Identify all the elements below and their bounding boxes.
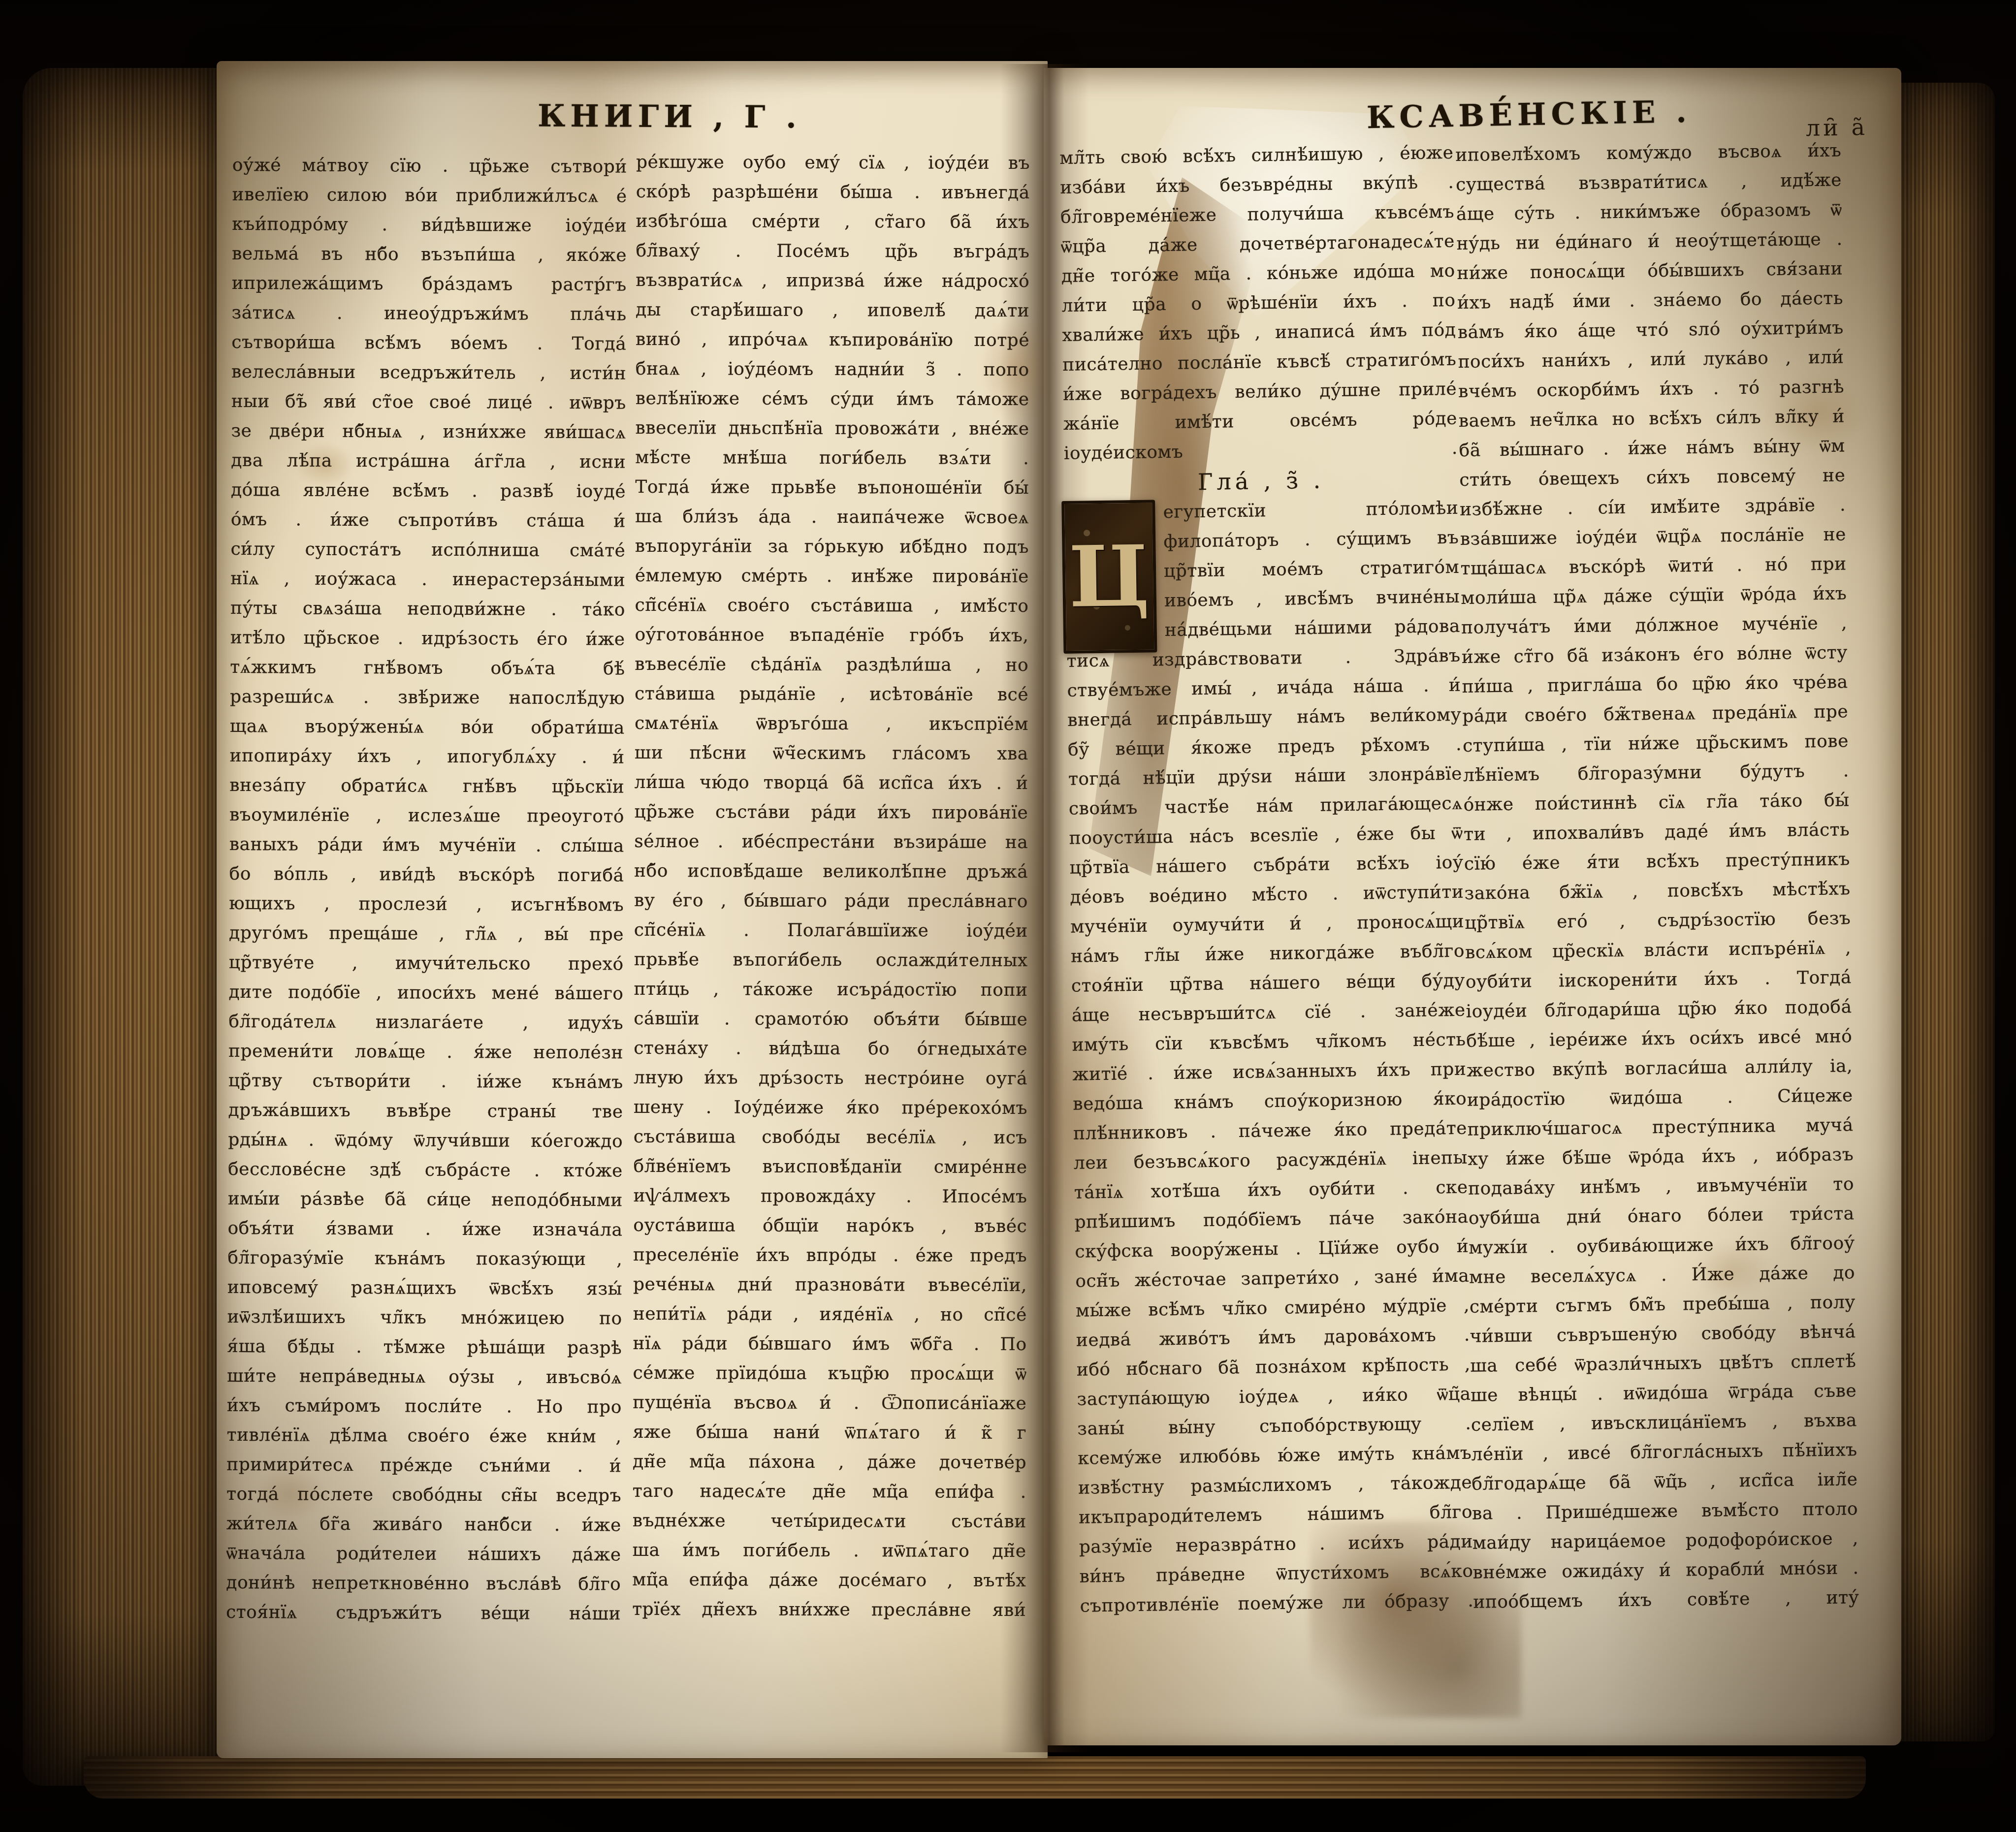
text-line: ѕе́лное . ибе́спреста́ни възира́ше на — [634, 827, 1028, 857]
text-line: іоуде́и бл̃годари́ша цр̃ю я́ко подоба́ — [1466, 992, 1852, 1027]
text-line: бесслове́сне здѣ́ събра́сте . кто́же — [228, 1155, 623, 1186]
text-line: ѿцр̃а да́же дочетве́ртагонадесѧ́те — [1061, 227, 1455, 262]
text-line: избѣ́жне . сі́и имѣ́ите здра́вїе . — [1460, 490, 1846, 525]
text-line: пу́ты свѧза́ша неподви́жне . та́ко — [230, 594, 625, 625]
text-line: ввеселїи дньспѣ́нїа провожа́ти , вне́же — [635, 413, 1029, 444]
chapter-heading: Гла́ , з̃ . — [1064, 463, 1458, 499]
text-line: свои́мъ частѣ́е на́м прилага́ющесѧ — [1068, 789, 1463, 824]
text-line: внеза́пу обрати́сѧ гнѣ́въ цр̃ьскїи — [229, 771, 624, 802]
text-line: цр̃твїѧ его́ , съдръ́зостїю безъ — [1465, 904, 1851, 938]
text-line: бу̃ ве́щи я́коже предъ рѣ́хомъ . — [1068, 730, 1462, 765]
text-line: ваныхъ ра́ди и́мъ муче́нїи . слы́ша — [229, 830, 624, 861]
text-line: ступи́ша , тїи ни́же цр̃ьскимъ пове — [1463, 726, 1849, 761]
text-line: о́мъ . и́же съпроти́въ ста́ша и́ — [231, 505, 626, 536]
text-line: чи́вши съвръшену́ю свобо́ду вѣнча́ — [1470, 1317, 1856, 1352]
text-line: вино́ , ипро́чаѧ къпирова́нїю потре́ — [636, 325, 1029, 355]
text-line: тогда́ нѣ́цїи дру́ѕи на́ши злонра́вїе — [1068, 759, 1463, 794]
text-line: ли́ша чю́до творца́ ба̃ исп̃са и́хъ . и́ — [635, 768, 1028, 798]
text-line: е́млемую сме́рть . инѣ́же пирова́нїе — [635, 561, 1029, 592]
book-fore-edge-right — [1898, 83, 1995, 1741]
text-line: ствуе́мъже имы́ , ича́да на́ша . и́ — [1067, 671, 1461, 706]
text-line: пуще́нїа въсвоѧ и́ . Ѿпописа́нїаже — [633, 1388, 1026, 1419]
text-line: Тогда́ и́же прьвѣ́е въпоноше́нїи бы́ — [635, 473, 1029, 503]
text-line: мц̃а епи́фа да́же досе́маго , вътѣ́х — [632, 1565, 1026, 1596]
text-column-left-2: ре́кшуже оубо ему́ сїѧ , іоу́де́и въско́… — [632, 148, 1030, 1625]
text-line: цр̃твїа на́шего събра́ти всѣ́хъ іоу́ — [1069, 848, 1464, 883]
text-line: хвали́же и́хъ цр̃ь , инаписа́ и́мъ по́д — [1062, 316, 1456, 350]
text-line: ши́те непра́ведныѧ оу́зы , ивъсво́ѧ — [227, 1361, 622, 1392]
text-line: рече́ныѧ дни́ празнова́ти въвесе́лїи, — [633, 1270, 1027, 1300]
text-line: бѣ́ше , іере́иже и́хъ оси́хъ ивсе́ мно́ — [1466, 1022, 1853, 1056]
text-line: мужі́и . оубива́ющиже и́хъ бл̃гооу́ — [1469, 1229, 1855, 1263]
text-line: преселе́нїе и́хъ впро́ды . е́же предъ — [633, 1240, 1027, 1271]
text-line: поси́хъ нани́хъ , или́ лука́во , или́ — [1458, 343, 1844, 377]
text-line: сп̃се́нїѧ свое́го съста́виша , имѣ́сто — [635, 591, 1028, 621]
text-line: іоуде́искомъ . — [1063, 434, 1458, 469]
text-line: ли́ти цр̃а о ѿрѣше́нїи и́хъ . по — [1061, 286, 1456, 321]
text-line: зе две́ри нб̃ныѧ , изни́хже яви́шасѧ — [231, 416, 626, 447]
text-line: селїем , ивъсклица́нїемъ , въхва — [1471, 1406, 1857, 1440]
text-line: плѣ́нниковъ . па́чеже я́ко преда́те — [1073, 1114, 1468, 1149]
text-line: ѿнача́ла роди́телеи на́шихъ да́же — [226, 1539, 621, 1570]
text-line: рды́нѧ . ѿдо́му ѿлучи́вши ко́егождо — [228, 1125, 623, 1156]
text-line: сти́ть о́вещехъ си́хъ повсему́ не — [1459, 461, 1846, 495]
text-line: ску́фска воору́жены . Цїи́же оубо и́ — [1075, 1232, 1469, 1267]
chapter-opening: Ц егупетскїи пто́ломѣифилопа́торъ . су́щ… — [1064, 494, 1460, 647]
text-line: се́мже прїидо́ша къцр̃ю просѧ́щи ѿ — [633, 1358, 1026, 1389]
text-line: иво́емъ , ивсѣ́мъ вчине́ны — [1164, 582, 1460, 616]
text-line: итѣ́ло цр̃ьское . идръ́зость е́го и́же — [230, 623, 625, 654]
text-line: писа́телно посла́нїе къвсѣ́ стратиго́мъ — [1062, 345, 1457, 380]
text-line: на́мъ гл̃ы и́же никогда́же въбл̃го — [1071, 937, 1465, 972]
text-line: заступа́ющую іоу́деѧ , ия́ко ѿц̃а — [1077, 1380, 1471, 1415]
book-page-stack-bottom — [84, 1756, 1866, 1799]
text-line: за́тисѧ . инеоу́дръжи́мъ пла́чь — [231, 298, 626, 329]
text-line: ре́кшуже оубо ему́ сїѧ , іоу́де́и въ — [636, 148, 1030, 178]
text-line: де́овъ вое́дино мѣ́сто . иѿступи́ти — [1070, 878, 1464, 913]
text-line: цр̃ьже съста́ви ра́ди и́хъ пирова́нїе — [634, 797, 1028, 828]
text-line: ведо́ша кна́мъ споу́коризною я́ко — [1073, 1084, 1467, 1119]
text-line: ипоо́бщемъ и́хъ совѣ́те , иту́ — [1473, 1583, 1859, 1617]
text-line: въвесе́лїе сѣда́нїѧ раздѣли́ша , но — [635, 650, 1028, 680]
text-line: жа́нїе имѣ́ти овсе́мъ ро́де — [1063, 404, 1458, 439]
text-line: иѿзлѣ́ишихъ чл̃къ мно́жицею по — [227, 1302, 622, 1333]
text-line: ныи бъ̃ яви́ ст̃ое свое́ лице́ . иѿвръ — [231, 387, 626, 418]
text-line: ле́нїи , ивсе́ бл̃гогла́сныхъ пѣ́нїихъ — [1471, 1435, 1857, 1470]
text-line: премени́ти ловѧ́ще . я́же неполе́зн — [228, 1037, 623, 1068]
text-line: лѣ́нїемъ бл̃горазу́мни бу́дутъ . — [1463, 756, 1849, 790]
text-line: си́лу супоста́тъ испо́лниша сма́те́ — [230, 535, 625, 566]
text-line: ша бли́зъ а́да . наипа́чеже ѿсвоеѧ — [635, 502, 1029, 533]
text-line: лную и́хъ дръ́зость нестро́ине оуга́ — [634, 1063, 1027, 1094]
text-line: леи безъвсѧ́кого расужде́нїѧ інепы — [1074, 1143, 1468, 1178]
text-line: объя́ти я́звами . и́же изнача́ла — [227, 1214, 622, 1245]
text-line: и́хъ надѣ́ и́ми . зна́емо бо да́есть — [1457, 284, 1844, 318]
text-line: на́две́щьми на́шими ра́дова — [1164, 612, 1460, 645]
text-line: бнаѧ , іоу́де́омъ надни́и з̃ . попо — [636, 354, 1029, 385]
text-line: ни́же поносѧ́щи о́бы́вшихъ свя́зани — [1457, 254, 1843, 288]
text-line: сїю́ е́же я́ти всѣ́хъ престу́пникъ — [1464, 845, 1851, 879]
column-body-text: тисѧ издра́вствовати . Здра́въствуе́мъже… — [1066, 641, 1474, 1621]
text-line: внегда́ испра́вльшу на́мъ вели́кому — [1067, 700, 1462, 735]
text-line: ва́мъ я́ко а́ще что́ ѕло́ оу́хитри́мъ — [1457, 313, 1844, 347]
text-line: осн̃ъ же́сточае запрети́хо , зане́ и́ма — [1075, 1262, 1470, 1296]
text-line: вельма́ въ нб̃о възъпи́ша , яко́же — [232, 239, 627, 270]
text-line: заны́ вы́ну съпобо́рствующу . — [1077, 1409, 1472, 1444]
text-line: дн̃е того́же мц̃а . ко́ньже идо́ша мо — [1061, 256, 1455, 291]
text-line: сме́рти съгмъ бм̃ъ пребы́ша , полу — [1470, 1288, 1856, 1322]
text-line: ира́достїю ѿидо́ша . Си́цеже — [1467, 1081, 1853, 1115]
text-line: оу́же́ ма́твоу сїю . цр̃ьже сътвори́ — [232, 151, 627, 182]
text-line: два лѣ́па истра́шна а́гг̃ла , исни — [231, 446, 626, 477]
text-line: иприлежа́щимъ бра́здамъ растр́гъ — [232, 269, 627, 300]
text-line: а́ще несъвръши́тсѧ сїе́ . зане́же — [1071, 996, 1466, 1031]
text-line: иму́ть сїи къвсѣ́мъ чл̃комъ не́сть — [1072, 1025, 1466, 1060]
book-photograph: { "colors":{"background":"#0d0703","pape… — [0, 0, 2016, 1832]
text-line: разу́мїе неразвра́тно . иси́хъ ра́ди — [1079, 1527, 1473, 1562]
text-line: бл̃горазу́мїе къна́мъ показу́ющи , — [227, 1243, 622, 1274]
drop-cap-letter: Ц — [1068, 535, 1151, 619]
text-line: цр̃тву сътвори́ти . іи́же къна́мъ — [228, 1066, 623, 1097]
text-line: трїе́х дн̃ехъ вни́хже пресла́вне яви́ — [632, 1595, 1026, 1625]
text-line: избѣго́ша сме́рти , ст̃аго ба̃ и́хъ — [636, 207, 1030, 237]
ornate-initial-woodcut: Ц — [1061, 500, 1157, 654]
text-line: дръжа́вшихъ въвѣ́ре страны́ тве — [228, 1096, 623, 1127]
text-line: всѧ́ком цр̃ескїѧ вла́сти испъре́нїѧ , — [1465, 933, 1852, 968]
text-line: изба́ви и́хъ безъвре́дны вку́пѣ . — [1060, 168, 1454, 203]
text-column-right-1: мл̃ть свою́ всѣ́хъ силнѣ́ишую , е́южеизб… — [1059, 138, 1474, 1621]
text-line: муче́нїи оумучи́ти и́ , проносѧ́щи — [1070, 907, 1465, 942]
text-line: ши пѣ́сни ѿч̃ескимъ гла́сомъ хва — [635, 738, 1028, 769]
text-line: тща́шасѧ въско́рѣ ѿити́ . но́ при — [1460, 549, 1847, 584]
text-line: оуста́виша о́бщїи наро́къ , въве́с — [633, 1211, 1027, 1241]
text-line: велѣ́нїюже се́мъ су́ди и́мъ та́може — [636, 384, 1029, 414]
text-line: мне веселѧ́хусѧ . И́же да́же до — [1469, 1258, 1856, 1293]
text-line: жи́телѧ бг̃а жива́го нанб̃си . и́же — [226, 1509, 621, 1540]
text-line: въоумиле́нїе , ислезѧ́ше преоугото́ — [229, 800, 624, 831]
text-line: цр̃твїи мое́мъ стратиго́м — [1164, 553, 1460, 586]
text-line: ви́нъ пра́ведне ѿпусти́хомъ всѧ́ко — [1079, 1557, 1473, 1592]
text-line: зако́на бж̃їѧ , повсѣ́хъ мѣстѣ́хъ — [1464, 874, 1851, 909]
text-line: прьвѣ́е въпоги́бель ослажди́телных — [634, 945, 1028, 976]
text-line: пооусти́ша на́съ всеѕлїе , е́же бы ѿ — [1069, 819, 1463, 853]
text-line: ше вѣнцы́ . иѿидо́ша ѿгра́да съве — [1471, 1376, 1857, 1411]
text-line: смѧте́нїѧ ѿвръго́ша , икъспрїе́м — [635, 709, 1028, 739]
text-line: существа́ възврати́тисѧ , идѣ́же — [1456, 165, 1842, 200]
text-line: и́же ст̃го ба̃ иза́конъ е́го во́лне ѿсту — [1461, 638, 1848, 672]
text-line: оуби́ша дни́ о́наго бо́леи три́ста — [1468, 1199, 1855, 1233]
text-line: дите подо́бїе , ипоси́хъ мене́ ва́шего — [228, 978, 623, 1009]
text-line: ды старѣ́ишаго , иповелѣ́ даѧ́ти — [636, 295, 1029, 326]
text-line: иповелѣ́хомъ кому́ждо въсвоѧ и́хъ — [1455, 136, 1842, 170]
text-line: рпѣ́ишимъ подо́бїемъ па́че зако́на — [1074, 1202, 1469, 1237]
text-line: вне́мже ожида́ху и́ корабли́ мно́ѕи . — [1472, 1553, 1859, 1588]
text-line: а́ще су́ть . ники́мъже о́бразомъ ѿ — [1456, 195, 1842, 229]
text-line: ра́ди свое́го бж̃твенаѧ преда́нїѧ пре — [1462, 697, 1849, 731]
text-line: ти , ипохвали́въ даде́ и́мъ вла́сть — [1464, 815, 1850, 850]
text-line: цр̃твуе́те , имучи́тельско прехо́ — [229, 948, 624, 979]
text-line: въпоруга́нїи за го́рькую ибѣ́дно подъ — [635, 532, 1029, 562]
text-line: ну́дь ни е́ди́наго и́ неоу́тщета́юще . — [1456, 224, 1843, 259]
text-line: въдне́хже четы́ридесѧти съста́ви — [633, 1506, 1026, 1537]
text-line: таго надесѧ́те дн̃е мц̃а епи́фа . — [633, 1477, 1026, 1507]
text-column-left-1: оу́же́ ма́твоу сїю . цр̃ьже сътвори́ивел… — [226, 151, 627, 1629]
text-line: сътвори́ша всѣ́мъ во́емъ . Тогда́ — [231, 328, 626, 359]
text-column-right-2: иповелѣ́хомъ кому́ждо въсвоѧ и́хъсуществ… — [1455, 136, 1859, 1617]
running-head-left: КНИГИ , Г . — [538, 98, 801, 135]
text-line: оу́готова́нное въпаде́нїе гро́бъ и́хъ, — [635, 620, 1028, 651]
text-line: бл̃ве́нїемъ въисповѣ́данїи смире́нне — [634, 1152, 1027, 1182]
text-line: бо во́пль , иви́дѣ въско́рѣ погиба́ — [229, 859, 624, 890]
text-line: съста́виша свобо́ды весе́лїѧ , исъ — [634, 1122, 1027, 1153]
text-line: приключ́шагосѧ престу́пника муча́ — [1467, 1110, 1854, 1145]
column-top-text: мл̃ть свою́ всѣ́хъ силнѣ́ишую , е́южеизб… — [1059, 138, 1458, 469]
text-line: разреши́сѧ . звѣ́риже напослѣ́дую — [230, 682, 625, 713]
text-line: възврати́сѧ , ипризва́ и́же на́дросхо́ — [636, 266, 1029, 296]
text-line: получа́тъ и́ми до́лжное муче́нїе , — [1461, 608, 1848, 643]
text-line: сп̃се́нїѧ . Полага́вшїиже іоу́де́и — [634, 916, 1028, 946]
text-line: друго́мъ преща́ше , гл̃ѧ , вы́ пре — [229, 918, 624, 949]
text-line: стоя́нїѧ съдръжи́тъ ве́щи на́ши — [226, 1598, 621, 1629]
running-head-right: КСАВЕ́НСКІЕ . — [1366, 94, 1692, 136]
text-line: моли́ша цр̃ѧ да́же су́щїи ѿро́да и́хъ — [1461, 579, 1847, 613]
text-line: пти́ць , та́коже исъра́достїю попи — [634, 975, 1027, 1005]
text-line: стоя́нїи цр̃тва на́шего ве́щи бу́ду — [1071, 966, 1465, 1001]
text-line: непи́тїѧ ра́ди , ияде́нїѧ , но сп̃се́ — [633, 1299, 1027, 1330]
text-line: пи́ша , пригла́ша бо цр̃ю я́ко чре́ва — [1462, 667, 1848, 702]
text-line: бл̃ваху́ . Посе́мъ цр̃ь въгра́дъ — [636, 236, 1029, 267]
text-line: вче́мъ оскорби́мъ и́хъ . то́ разгнѣ — [1458, 372, 1845, 407]
text-line: я́ша бѣ́ды . тѣ́мже рѣша́щи разрѣ — [227, 1332, 622, 1363]
text-line: нїѧ , иоу́жаса . инерастерза́ными — [230, 564, 625, 595]
text-line: ва . Прише́дшеже въмѣ́сто птоло — [1472, 1494, 1858, 1529]
text-line: ибо́ нб̃снаго ба̃ позна́хом крѣ́пость , — [1076, 1350, 1471, 1385]
text-line: ваемъ неч̃лка но всѣ́хъ си́лъ вл̃ку и́ — [1459, 402, 1845, 436]
text-line: велесла́вныи вседръжи́тель , исти́н — [231, 357, 626, 388]
text-line: жество вку́пѣ вогласи́ша алли́лу іа, — [1467, 1051, 1853, 1086]
text-line: ско́рѣ разрѣше́ни бы́ша . ивънегда́ — [636, 177, 1030, 208]
text-line: дони́нѣ непреткнове́нно въсла́вѣ бл̃го — [226, 1568, 621, 1599]
text-line: ша и́мъ поги́бель . иѿпѧ́таго дн̃е — [632, 1536, 1026, 1566]
text-line: ша себе́ ѿразли́чныхъ цвѣ́тъ сплетѣ́ — [1470, 1347, 1856, 1381]
text-line: оуби́ти іискорени́ти и́хъ . Тогда́ — [1466, 963, 1852, 997]
text-line: иѱа́лмехъ провожда́ху . Ипосе́мъ — [633, 1181, 1027, 1212]
text-line: мѣ́сте мнѣ́ша поги́бель взѧ́ти . — [635, 443, 1029, 474]
text-line: тивле́нїѧ дѣ́лма свое́го е́же кни́м , — [226, 1421, 621, 1452]
text-line: до́ша явле́не всѣ́мъ . развѣ́ іоуде́ — [231, 475, 626, 506]
text-line: ву е́го , бы́вшаго ра́ди пресла́внаго — [634, 886, 1028, 916]
text-line: извѣ́стну размы́слихомъ , та́кожде — [1078, 1468, 1472, 1503]
text-line: щаѧ въору́жены́ѧ во́и обрати́ша — [230, 712, 625, 743]
text-line: шену . Іоу́де́иже я́ко пре́рекохо́мъ — [634, 1093, 1027, 1123]
text-line: маи́ду нарица́емое родофоро́иское , — [1472, 1524, 1858, 1558]
text-line: имы́и ра́звѣе ба̃ си́це неподо́бными — [228, 1184, 623, 1215]
text-line: стена́ху . ви́дѣша бо о́гнедыха́те — [634, 1034, 1027, 1064]
text-line: мл̃ть свою́ всѣ́хъ силнѣ́ишую , е́юже — [1059, 138, 1454, 173]
text-line: ющихъ , прослези́ , исъгнѣ́вомъ — [229, 889, 624, 920]
text-line: бл̃говреме́нїеже получи́ша къвсе́мъ — [1060, 197, 1455, 232]
text-line: вза́вшиже іоу́де́и ѿцр̃ѧ посла́нїе не — [1460, 520, 1847, 554]
text-line: нїѧ ра́ди бы́вшаго и́мъ ѿбг̃а . По — [633, 1329, 1027, 1359]
text-line: бл̃годарѧ́ще ба̃ ѿц̃ь , исп̃са іил̃е — [1472, 1465, 1858, 1499]
text-line: икъпрароди́телемъ на́шимъ бл̃го — [1079, 1498, 1473, 1533]
text-line: бл̃года́телѧ низлага́ете , идух́ъ — [228, 1007, 623, 1038]
text-line: ба̃ вы́шнаго . и́же на́мъ вы́ну ѿм — [1459, 431, 1845, 466]
text-line: и́же вогра́дехъ вели́ко ду́шне приле́ — [1063, 375, 1457, 410]
text-line: ипопира́ху и́хъ , ипогублѧ́ху . и́ — [230, 741, 625, 772]
text-line: примири́тесѧ пре́жде съни́ми . и́ — [226, 1450, 621, 1481]
text-line: подава́ху инѣ́мъ , ивъмуче́нїи то — [1468, 1169, 1855, 1204]
text-line: иповсему́ разнѧ́щихъ ѿвсѣ́хъ язы́ — [227, 1273, 622, 1304]
text-line: ивелїею силою во́и приближи́лъсѧ е́ — [232, 180, 627, 211]
text-line: тогда́ по́слете свобо́дны сн̃ы вседръ — [226, 1480, 621, 1511]
text-line: са́вшїи . срамото́ю объя́ти бы́вше — [634, 1004, 1027, 1035]
text-line: егупетскїи пто́ломѣи — [1163, 494, 1459, 527]
text-line: о́нже пои́стиннѣ сїѧ гл̃а та́ко бы́ — [1463, 786, 1850, 820]
book-fore-edge-left — [23, 68, 222, 1786]
text-line: дн̃е мц̃а па́хона , да́же дочетве́р — [633, 1447, 1026, 1478]
text-line: та́нїѧ хотѣ́ша и́хъ оуби́ти . ске — [1074, 1173, 1468, 1208]
text-line: ксему́же илюбо́вь ю́же иму́ть кна́мъ — [1078, 1439, 1472, 1474]
text-line: мы́же всѣ́мъ чл̃ко смире́но му́дрїе , — [1076, 1291, 1470, 1326]
text-line: иедва́ живо́тъ и́мъ дарова́хомъ . — [1076, 1321, 1471, 1356]
text-line: филопа́торъ . су́щимъ въ — [1163, 523, 1459, 557]
text-line: съпротивле́нїе поему́же ли о́бразу . — [1080, 1586, 1474, 1621]
text-line: житїе́ . и́же исвѧ́занныхъ и́хъ при — [1072, 1055, 1467, 1090]
text-line: къи́подро́му . ви́дѣвшиже іоу́де́и — [232, 210, 627, 241]
text-line: нб̃о исповѣ́даше великолѣ́пне дръжа́ — [634, 856, 1028, 887]
text-line: ста́виша рыда́нїе , исѣтова́нїе все́ — [635, 679, 1028, 710]
text-line: и́хъ съми́ромъ посли́те . Но про — [227, 1391, 622, 1422]
text-line: ху и́же бѣ́ше ѿро́да и́хъ , ио́бразъ — [1468, 1140, 1854, 1174]
text-line: тѧ́жкимъ гнѣ́вомъ объѧ́та бѣ́ — [230, 653, 625, 684]
text-line: яже бы́ша нани́ ѿпѧ́таго и́ к̃ г — [633, 1418, 1026, 1448]
